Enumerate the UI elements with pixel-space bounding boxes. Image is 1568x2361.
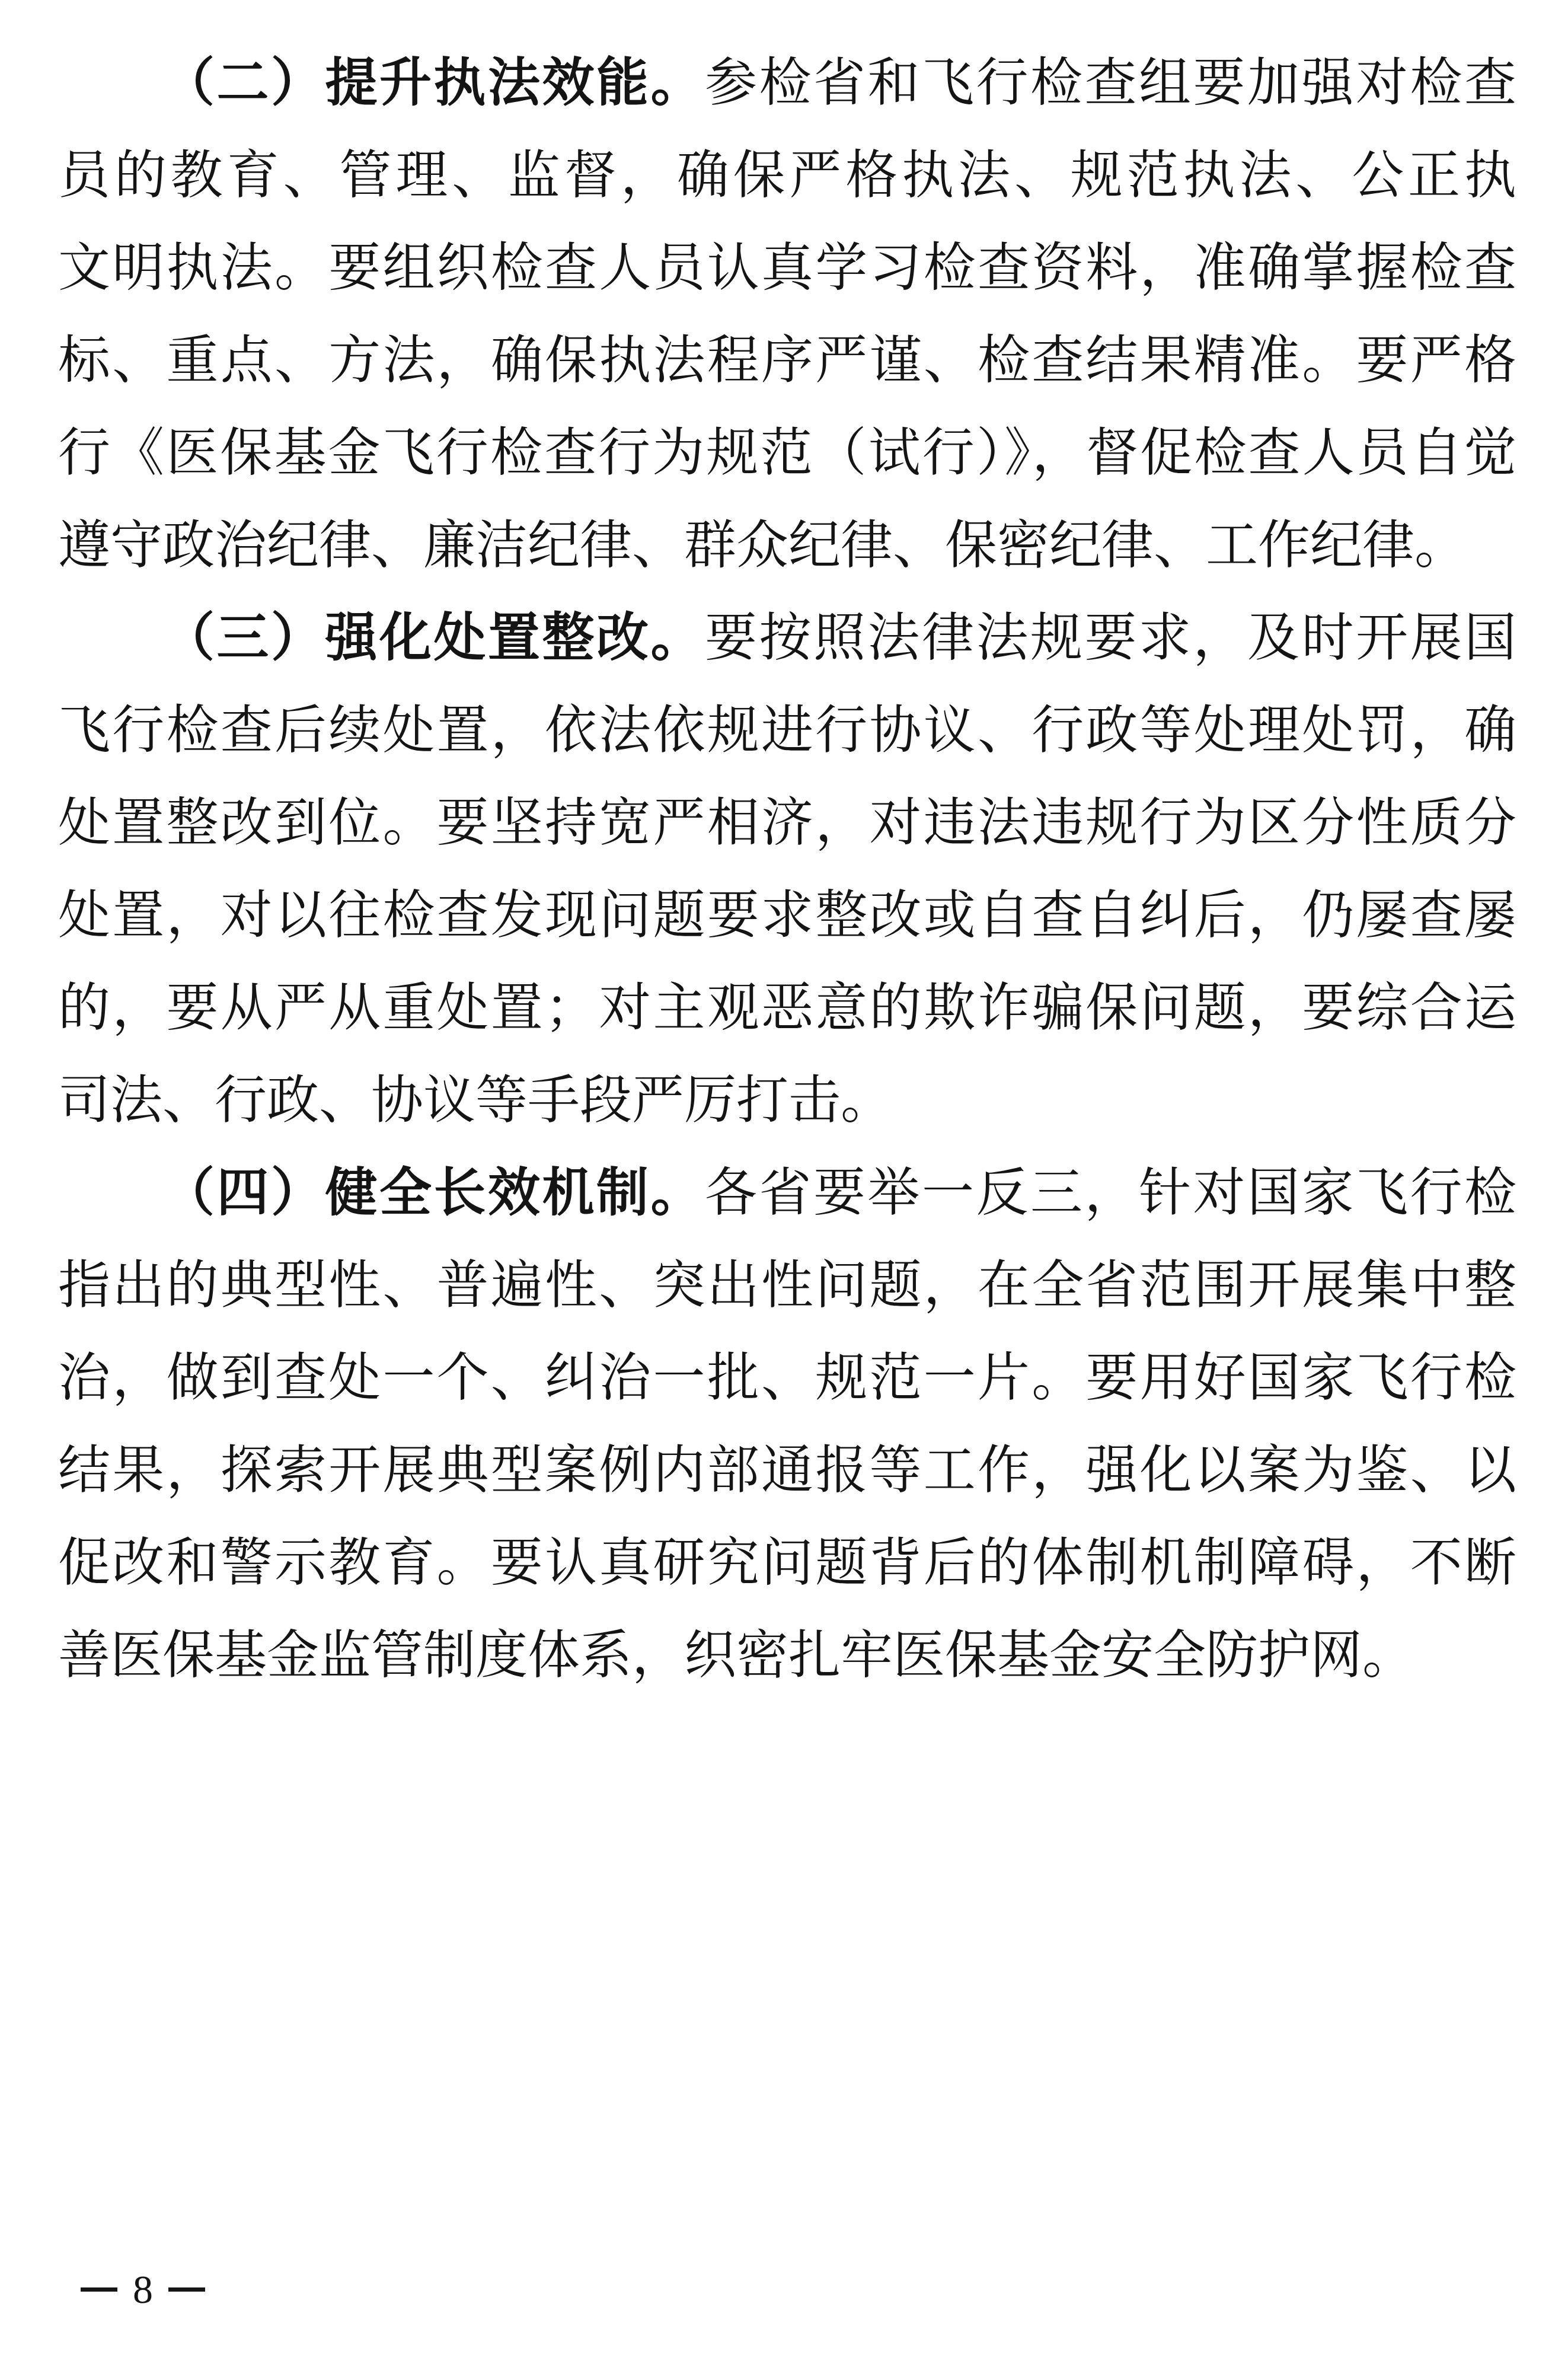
line-text: 的，要从严从重处置；对主观恶意的欺诈骗保问题，要综合运用 (58, 980, 1516, 1055)
text-line: 促改和警示教育。要认真研究问题背后的体制机制障碍，不断完 (58, 1517, 1516, 1610)
text-line: 文明执法。要组织检查人员认真学习检查资料，准确掌握检查目 (58, 222, 1516, 315)
line-text: 司法、行政、协议等手段严厉打击。 (58, 1072, 893, 1130)
text-line: 遵守政治纪律、廉洁纪律、群众纪律、保密纪律、工作纪律。 (58, 500, 1516, 592)
line-text: 遵守政治纪律、廉洁纪律、群众纪律、保密纪律、工作纪律。 (58, 517, 1467, 575)
line-text: 指出的典型性、普遍性、突出性问题，在全省范围开展集中整 (58, 1257, 1516, 1314)
text-line: （三）强化处置整改。要按照法律法规要求，及时开展国家 (58, 592, 1516, 685)
text-line: 的，要从严从重处置；对主观恶意的欺诈骗保问题，要综合运用 (58, 962, 1516, 1055)
text-line: （四）健全长效机制。各省要举一反三，针对国家飞行检查 (58, 1147, 1516, 1240)
text-line: 员的教育、管理、监督，确保严格执法、规范执法、公正执法、 (58, 130, 1516, 222)
text-line: 处置整改到位。要坚持宽严相济，对违法违规行为区分性质分类 (58, 777, 1516, 870)
line-text: 善医保基金监管制度体系，织密扎牢医保基金安全防护网。 (58, 1627, 1414, 1684)
page-number-dash-icon (81, 2287, 117, 2292)
text-line: 飞行检查后续处置，依法依规进行协议、行政等处理处罚，确保 (58, 685, 1516, 777)
text-line: 指出的典型性、普遍性、突出性问题，在全省范围开展集中整 (58, 1240, 1516, 1332)
page-footer: 8 (81, 2264, 205, 2315)
line-text: 处置，对以往检查发现问题要求整改或自查自纠后，仍屡查屡犯 (58, 887, 1516, 962)
document-body: （二）提升执法效能。参检省和飞行检查组要加强对检查人 员的教育、管理、监督，确保… (58, 37, 1516, 1702)
line-text: 促改和警示教育。要认真研究问题背后的体制机制障碍，不断完 (58, 1534, 1516, 1610)
line-text: 结果，探索开展典型案例内部通报等工作，强化以案为鉴、以案 (58, 1442, 1516, 1517)
line-text: 治，做到查处一个、纠治一批、规范一片。要用好国家飞行检查 (58, 1349, 1516, 1425)
text-line: 善医保基金监管制度体系，织密扎牢医保基金安全防护网。 (58, 1610, 1516, 1702)
section-heading: （二）提升执法效能。 (162, 55, 705, 112)
text-line: 标、重点、方法，确保执法程序严谨、检查结果精准。要严格执 (58, 315, 1516, 407)
section-heading: （三）强化处置整改。 (162, 610, 705, 667)
page-number: 8 (133, 2269, 153, 2309)
text-line: 治，做到查处一个、纠治一批、规范一片。要用好国家飞行检查 (58, 1332, 1516, 1425)
line-text: 文明执法。要组织检查人员认真学习检查资料，准确掌握检查目 (58, 240, 1516, 315)
text-line: 行《医保基金飞行检查行为规范（试行）》，督促检查人员自觉 (58, 407, 1516, 500)
section-heading: （四）健全长效机制。 (162, 1164, 705, 1222)
line-text: 标、重点、方法，确保执法程序严谨、检查结果精准。要严格执 (58, 332, 1516, 407)
document-page: （二）提升执法效能。参检省和飞行检查组要加强对检查人 员的教育、管理、监督，确保… (0, 0, 1568, 2361)
page-number-dash-icon (168, 2287, 205, 2292)
line-text: 员的教育、管理、监督，确保严格执法、规范执法、公正执法、 (58, 147, 1516, 222)
text-line: 处置，对以往检查发现问题要求整改或自查自纠后，仍屡查屡犯 (58, 870, 1516, 962)
line-text: 行《医保基金飞行检查行为规范（试行）》，督促检查人员自觉 (58, 425, 1516, 482)
line-text: 处置整改到位。要坚持宽严相济，对违法违规行为区分性质分类 (58, 795, 1516, 870)
text-line: 司法、行政、协议等手段严厉打击。 (58, 1055, 1516, 1147)
text-line: （二）提升执法效能。参检省和飞行检查组要加强对检查人 (58, 37, 1516, 130)
text-line: 结果，探索开展典型案例内部通报等工作，强化以案为鉴、以案 (58, 1425, 1516, 1517)
line-text: 飞行检查后续处置，依法依规进行协议、行政等处理处罚，确保 (58, 702, 1516, 777)
